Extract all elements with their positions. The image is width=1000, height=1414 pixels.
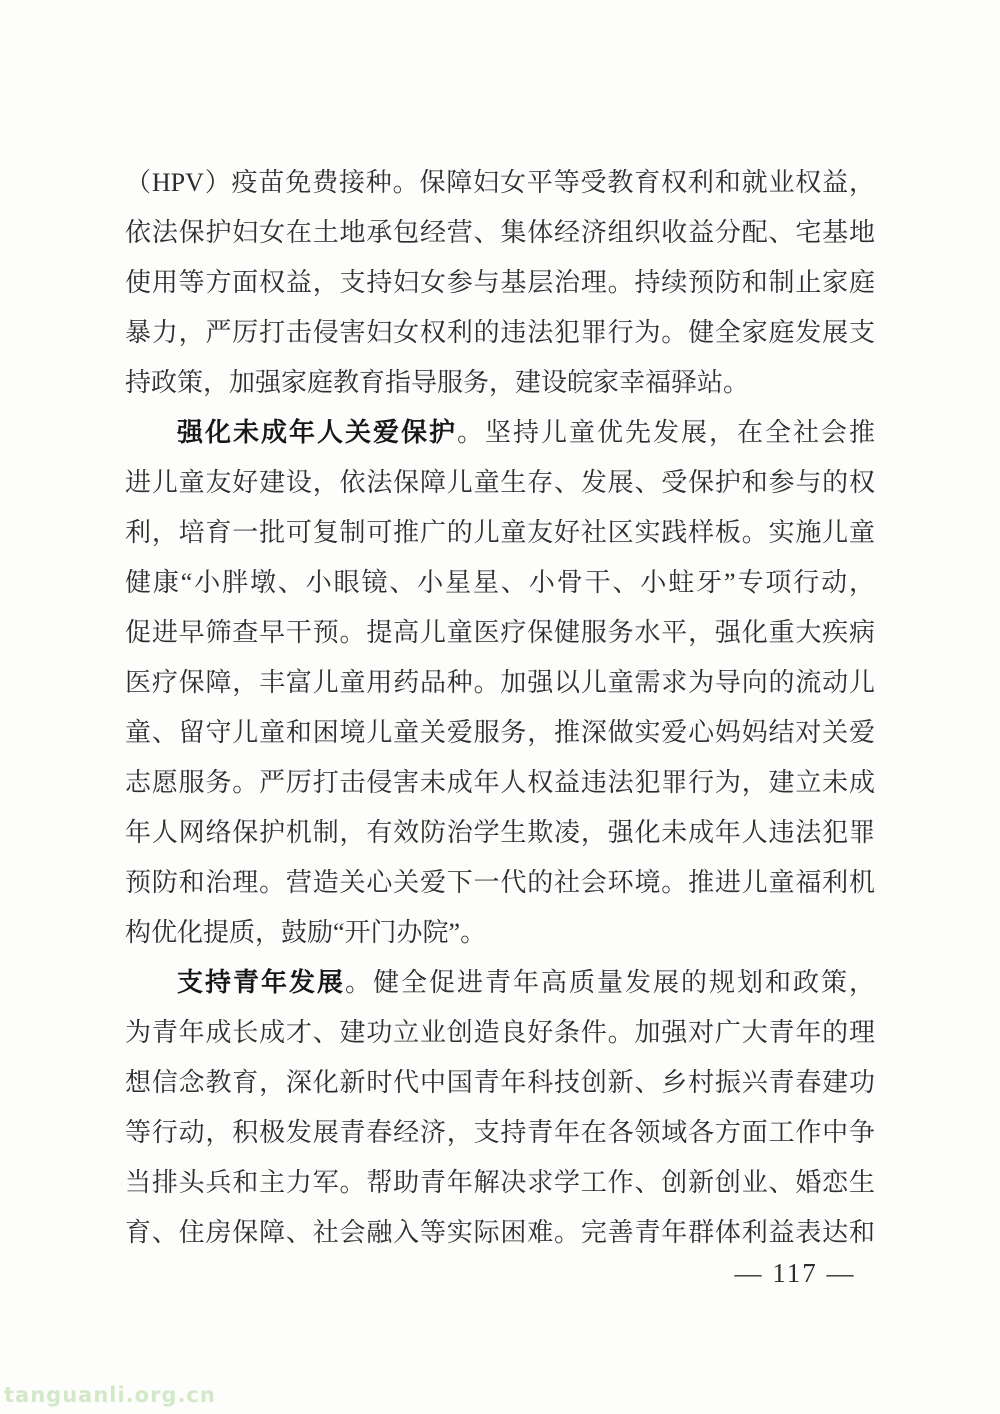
text-line: 等行动，积极发展青春经济，支持青年在各领域各方面工作中争 <box>125 1108 875 1158</box>
text-line: 持政策，加强家庭教育指导服务，建设皖家幸福驿站。 <box>125 358 875 408</box>
paragraph-women-rights: （HPV）疫苗免费接种。保障妇女平等受教育权利和就业权益， 依法保护妇女在土地承… <box>125 158 875 408</box>
text-line: 暴力，严厉打击侵害妇女权利的违法犯罪行为。健全家庭发展支 <box>125 308 875 358</box>
text-line: 年人网络保护机制，有效防治学生欺凌，强化未成年人违法犯罪 <box>125 808 875 858</box>
paragraph-minor-protection: 强化未成年人关爱保护。坚持儿童优先发展，在全社会推 进儿童友好建设，依法保障儿童… <box>125 408 875 958</box>
watermark: tanguanli.org.cn <box>4 1380 216 1410</box>
paragraph-youth-development: 支持青年发展。健全促进青年高质量发展的规划和政策， 为青年成长成才、建功立业创造… <box>125 958 875 1258</box>
text-line: （HPV）疫苗免费接种。保障妇女平等受教育权利和就业权益， <box>125 158 875 208</box>
text-line: 进儿童友好建设，依法保障儿童生存、发展、受保护和参与的权 <box>125 458 875 508</box>
paragraph-lead: 强化未成年人关爱保护 <box>177 418 457 447</box>
text-line-rest: 。坚持儿童优先发展，在全社会推 <box>457 418 875 447</box>
scanned-document-page: { "document": { "text_color": "#2d2d2d",… <box>0 0 1000 1414</box>
text-line: 支持青年发展。健全促进青年高质量发展的规划和政策， <box>125 958 875 1008</box>
document-page: （HPV）疫苗免费接种。保障妇女平等受教育权利和就业权益， 依法保护妇女在土地承… <box>0 0 1000 1414</box>
text-line: 构优化提质，鼓励“开门办院”。 <box>125 908 875 958</box>
text-line: 预防和治理。营造关心关爱下一代的社会环境。推进儿童福利机 <box>125 858 875 908</box>
text-line: 利，培育一批可复制可推广的儿童友好社区实践样板。实施儿童 <box>125 508 875 558</box>
text-line-rest: 。健全促进青年高质量发展的规划和政策， <box>345 968 875 997</box>
text-line: 志愿服务。严厉打击侵害未成年人权益违法犯罪行为，建立未成 <box>125 758 875 808</box>
text-line: 依法保护妇女在土地承包经营、集体经济组织收益分配、宅基地 <box>125 208 875 258</box>
text-line: 使用等方面权益，支持妇女参与基层治理。持续预防和制止家庭 <box>125 258 875 308</box>
text-line: 医疗保障，丰富儿童用药品种。加强以儿童需求为导向的流动儿 <box>125 658 875 708</box>
page-number: — 117 — <box>690 1253 900 1293</box>
text-line: 当排头兵和主力军。帮助青年解决求学工作、创新创业、婚恋生 <box>125 1158 875 1208</box>
paragraph-lead: 支持青年发展 <box>177 968 345 997</box>
text-line: 育、住房保障、社会融入等实际困难。完善青年群体利益表达和 <box>125 1208 875 1258</box>
text-line: 健康“小胖墩、小眼镜、小星星、小骨干、小蛀牙”专项行动， <box>125 558 875 608</box>
text-line: 想信念教育，深化新时代中国青年科技创新、乡村振兴青春建功 <box>125 1058 875 1108</box>
text-line: 为青年成长成才、建功立业创造良好条件。加强对广大青年的理 <box>125 1008 875 1058</box>
text-line: 强化未成年人关爱保护。坚持儿童优先发展，在全社会推 <box>125 408 875 458</box>
body-text: （HPV）疫苗免费接种。保障妇女平等受教育权利和就业权益， 依法保护妇女在土地承… <box>125 158 875 1258</box>
text-line: 促进早筛查早干预。提高儿童医疗保健服务水平，强化重大疾病 <box>125 608 875 658</box>
text-line: 童、留守儿童和困境儿童关爱服务，推深做实爱心妈妈结对关爱 <box>125 708 875 758</box>
